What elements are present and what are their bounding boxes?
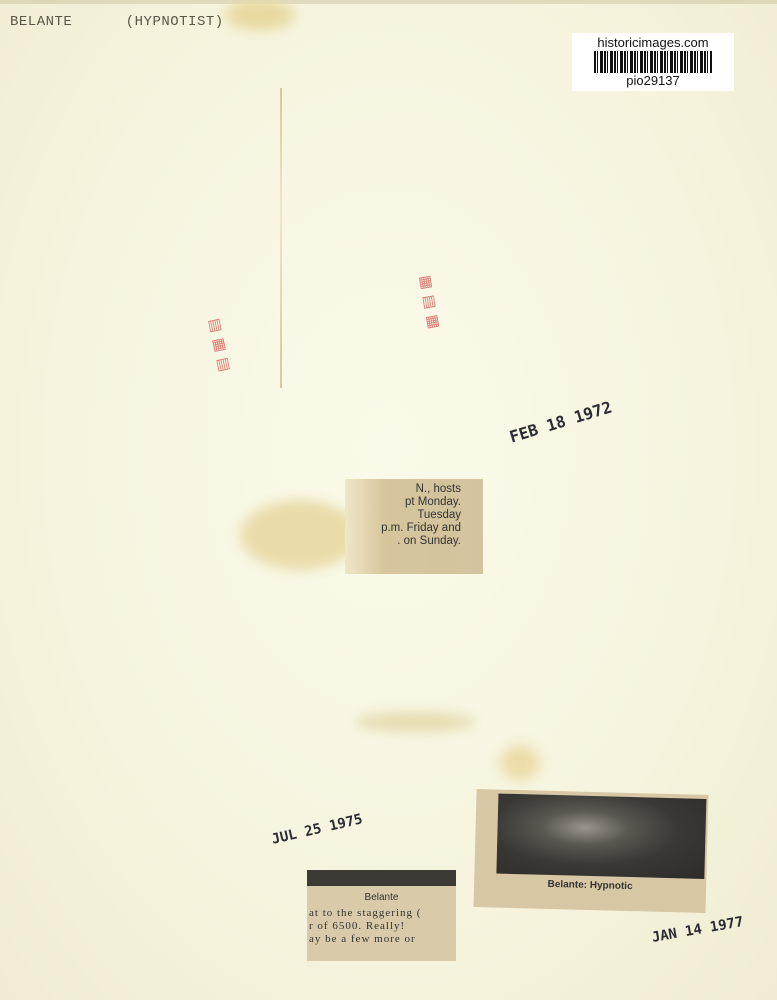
clip-line: Tuesday — [345, 509, 461, 522]
photo-caption: Belante: Hypnotic — [474, 877, 706, 894]
archive-label: historicimages.com pio29137 — [572, 33, 734, 91]
clip-line: r of 6500. Really! — [309, 920, 456, 933]
newspaper-clipping-photo: Belante: Hypnotic — [473, 789, 708, 913]
clip-line: at to the staggering ( — [309, 907, 456, 920]
paper-edge — [0, 0, 777, 4]
label-site: historicimages.com — [572, 35, 734, 50]
typed-header: BELANTE (HYPNOTIST) — [10, 14, 224, 30]
clip-line: pt Monday. — [345, 496, 461, 509]
clip-title: Belante — [307, 892, 456, 903]
barcode-icon — [594, 51, 712, 73]
newspaper-clipping-belante: Belante at to the staggering ( r of 6500… — [307, 870, 456, 961]
scratch-mark — [280, 88, 282, 388]
stain — [225, 0, 295, 30]
portrait-photo — [496, 794, 706, 879]
typed-subject: (HYPNOTIST) — [126, 14, 224, 30]
clip-line: N., hosts — [345, 483, 461, 496]
stain — [500, 745, 540, 780]
stain — [240, 500, 360, 570]
label-id: pio29137 — [572, 73, 734, 88]
clip-line: p.m. Friday and — [345, 522, 461, 535]
newspaper-clipping-hours: N., hosts pt Monday. Tuesday p.m. Friday… — [345, 479, 483, 574]
clip-line: ay be a few more or — [309, 933, 456, 946]
stain — [355, 712, 475, 732]
clip-header-bar — [307, 870, 456, 886]
clip-line: . on Sunday. — [345, 535, 461, 548]
typed-name: BELANTE — [10, 14, 72, 30]
